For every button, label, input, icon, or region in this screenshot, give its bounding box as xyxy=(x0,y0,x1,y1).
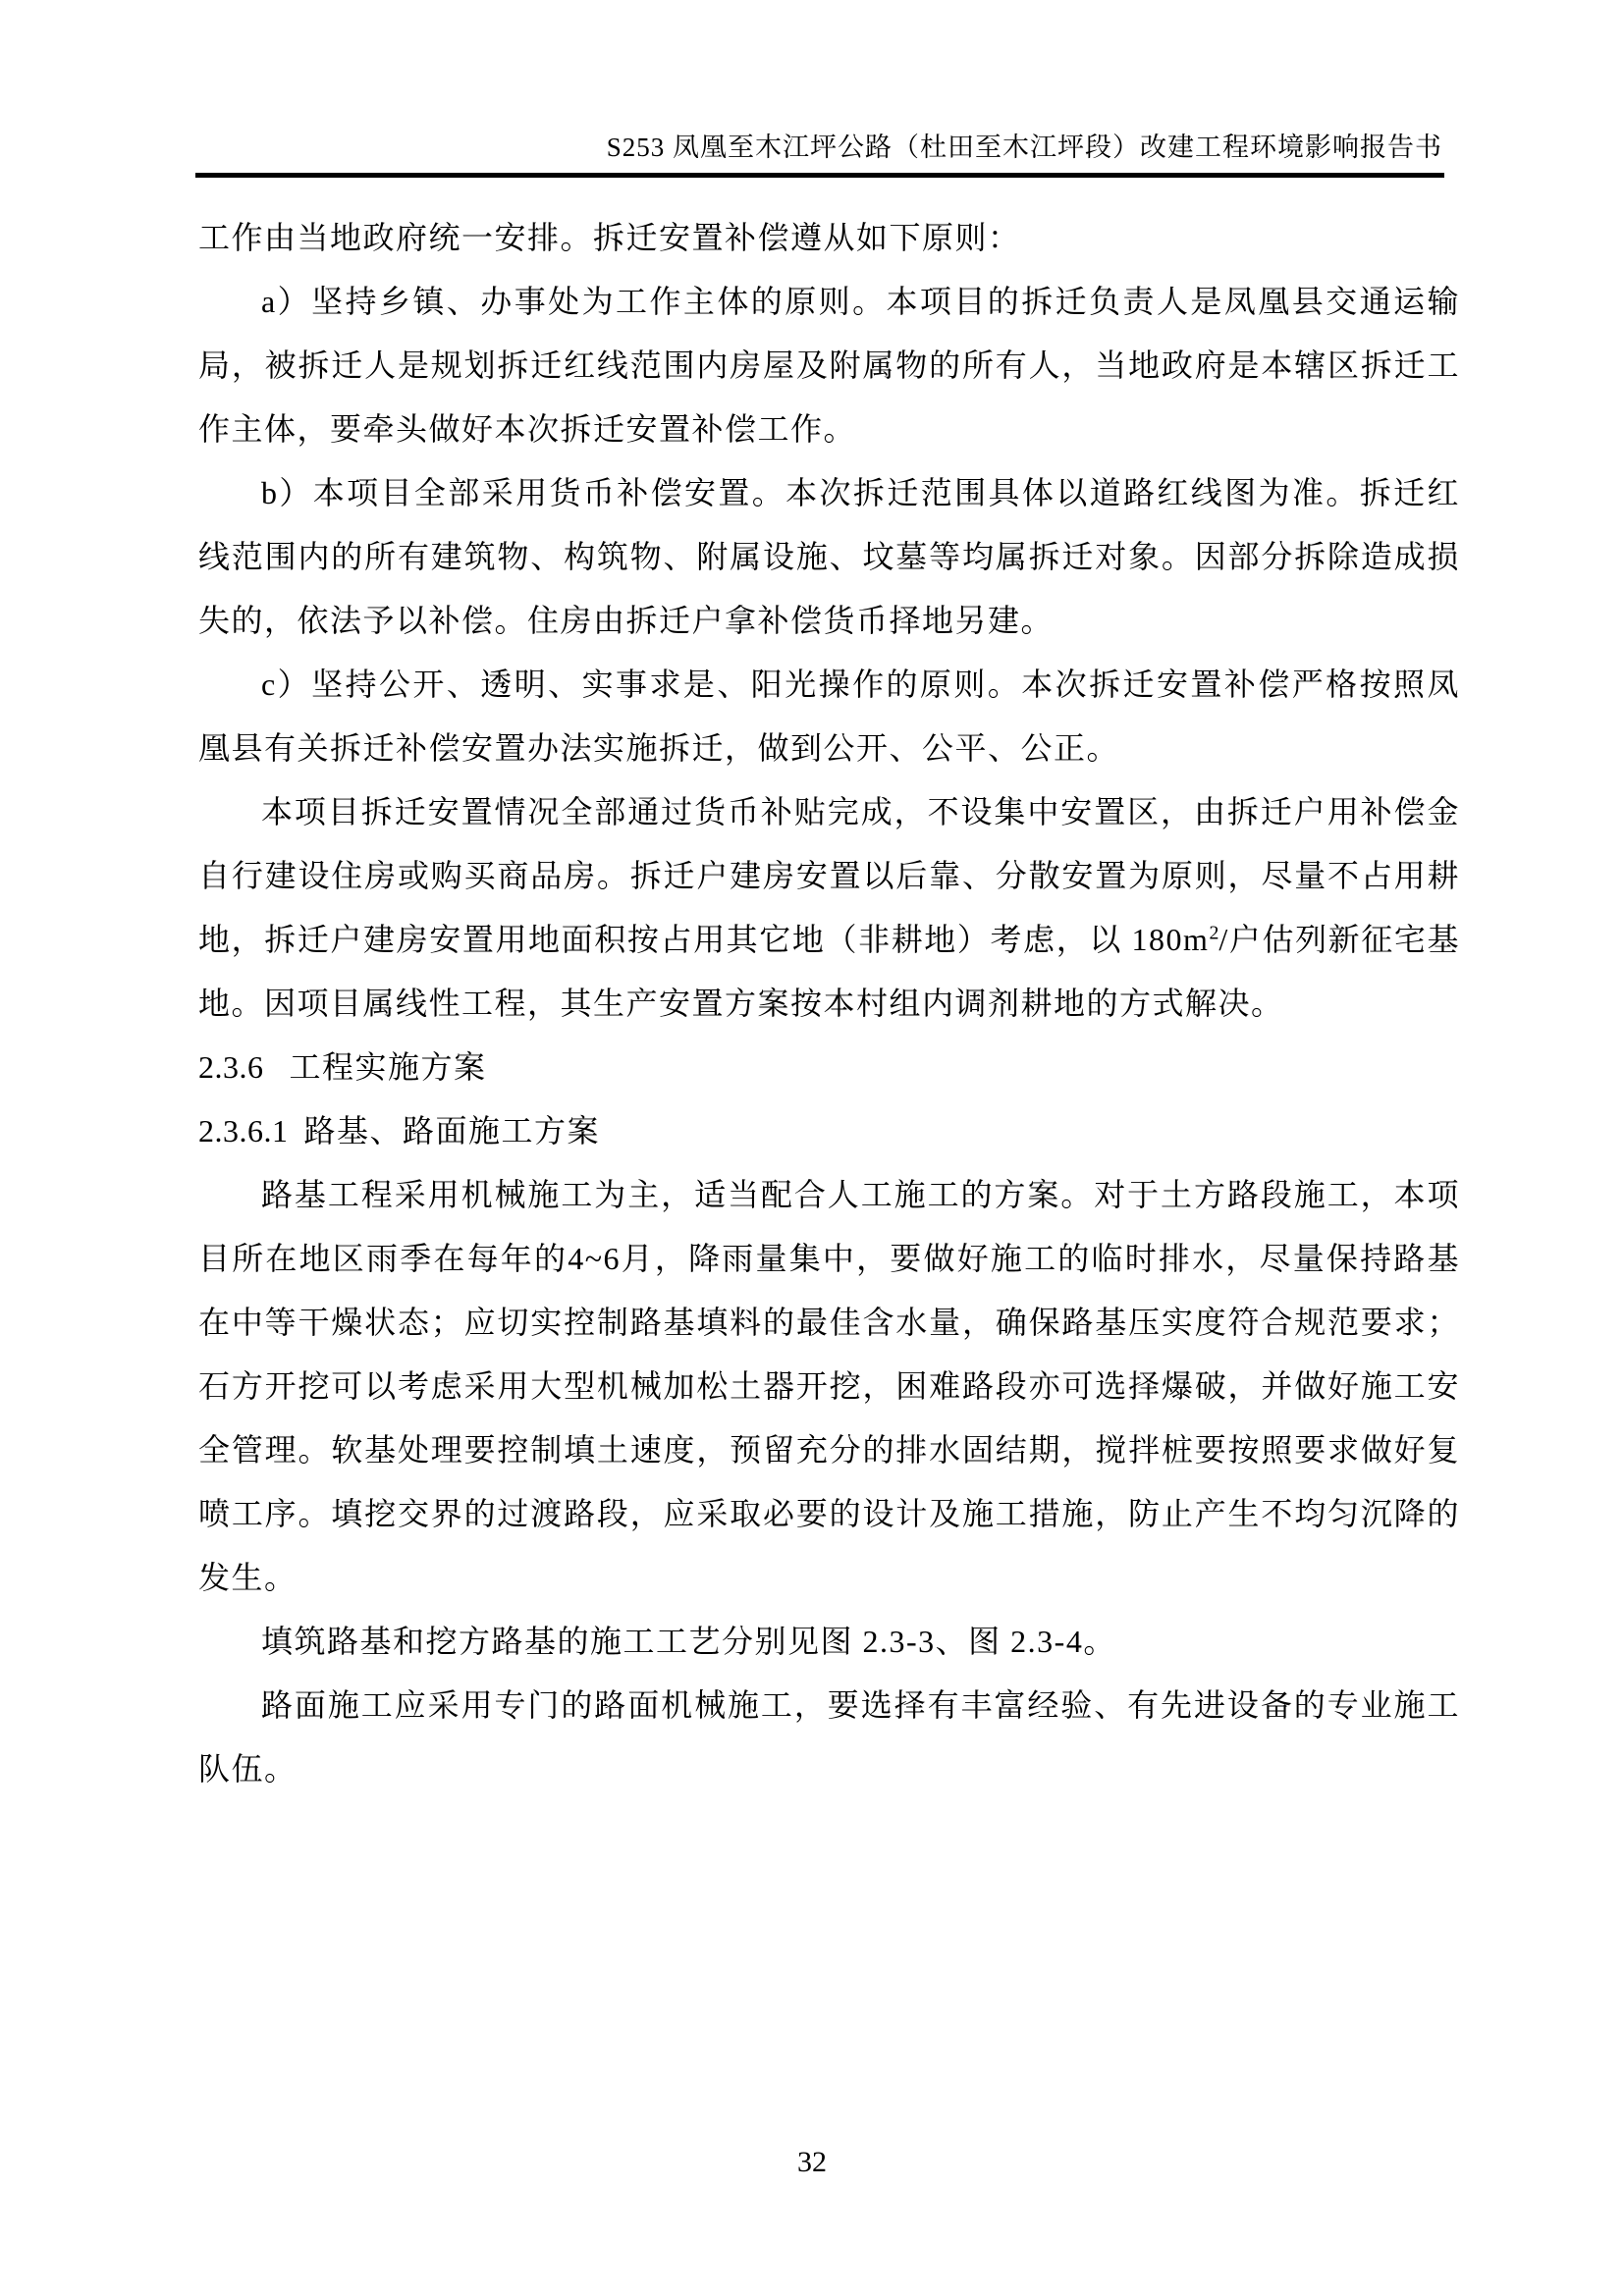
section-heading-2-3-6: 2.3.6工程实施方案 xyxy=(198,1036,1460,1099)
paragraph-principle-a: a）坚持乡镇、办事处为工作主体的原则。本项目的拆迁负责人是凤凰县交通运输局，被拆… xyxy=(198,270,1460,461)
paragraph-figure-reference: 填筑路基和挖方路基的施工工艺分别见图 2.3-3、图 2.3-4。 xyxy=(198,1610,1460,1674)
subsection-heading-number: 2.3.6.1 xyxy=(198,1113,289,1148)
section-heading-number: 2.3.6 xyxy=(198,1049,264,1085)
page-header: S253 凤凰至木江坪公路（杜田至木江坪段）改建工程环境影响报告书 xyxy=(195,0,1460,178)
square-meter-superscript: 2 xyxy=(1209,922,1218,943)
document-body: 工作由当地政府统一安排。拆迁安置补偿遵从如下原则： a）坚持乡镇、办事处为工作主… xyxy=(198,206,1460,1801)
page-footer: 32 xyxy=(0,2143,1624,2182)
paragraph-principle-c: c）坚持公开、透明、实事求是、阳光操作的原则。本次拆迁安置补偿严格按照凤凰县有关… xyxy=(198,653,1460,780)
paragraph-pavement-construction: 路面施工应采用专门的路面机械施工，要选择有丰富经验、有先进设备的专业施工队伍。 xyxy=(198,1674,1460,1801)
page-number: 32 xyxy=(797,2146,827,2178)
paragraph-intro: 工作由当地政府统一安排。拆迁安置补偿遵从如下原则： xyxy=(198,206,1460,270)
section-heading-2-3-6-1: 2.3.6.1路基、路面施工方案 xyxy=(198,1099,1460,1163)
header-rule xyxy=(195,173,1444,178)
paragraph-principle-b: b）本项目全部采用货币补偿安置。本次拆迁范围具体以道路红线图为准。拆迁红线范围内… xyxy=(198,461,1460,653)
paragraph-resettlement: 本项目拆迁安置情况全部通过货币补贴完成，不设集中安置区，由拆迁户用补偿金自行建设… xyxy=(198,780,1460,1036)
document-page: S253 凤凰至木江坪公路（杜田至木江坪段）改建工程环境影响报告书 工作由当地政… xyxy=(0,0,1624,2296)
section-heading-title: 工程实施方案 xyxy=(290,1049,487,1085)
subsection-heading-title: 路基、路面施工方案 xyxy=(304,1113,601,1148)
header-report-title: S253 凤凰至木江坪公路（杜田至木江坪段）改建工程环境影响报告书 xyxy=(607,132,1442,163)
paragraph-roadbed-construction: 路基工程采用机械施工为主，适当配合人工施工的方案。对于土方路段施工，本项目所在地… xyxy=(198,1163,1460,1610)
